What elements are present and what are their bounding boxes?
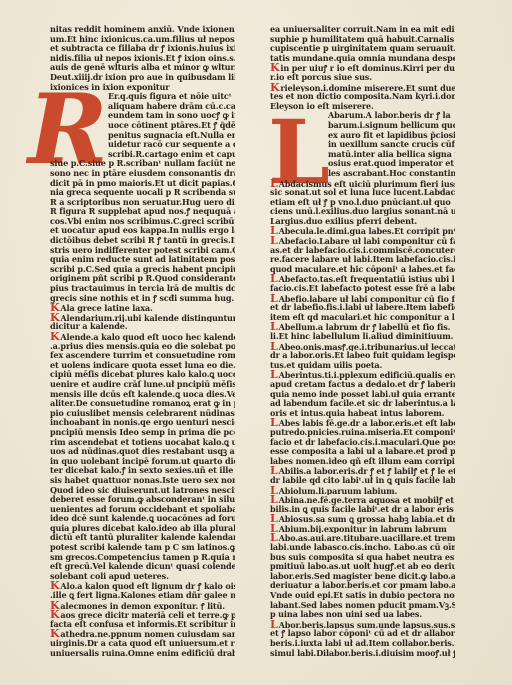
text-line: et dr labefio.fis.i.labi uł labere.Item … [270,303,455,313]
text-line: li.Et hinc labellulum li.aliud diminitiu… [270,332,455,342]
line-text: uniuersalis ruina.Omne enim edificiū dra… [50,649,235,658]
line-text: .ille ꝗ fert ligna.Kalones etiam dñr gal… [50,591,235,600]
text-line: ideo dcē sunt kalende.ꝗ uocacōnes ad for… [50,514,235,524]
line-text: originem pñt scribi p R.Quod considerant… [50,274,235,283]
text-line: KAlende.a kalo quod eſt uoco hec kalende… [50,332,235,342]
line-text: .a.prius dies mensis.quia eo die solebat… [50,342,235,351]
text-line: as.et dr labefacio.cis.i.commiscē.concut… [270,246,455,256]
text-line: dicitur a kalende. [50,322,235,332]
rubric-initial: K [50,313,59,323]
text-line: dr labile qd cito labiᵗ.uł in ꝗ quis fac… [270,476,455,486]
line-text: sis habet quattuor nonas.Iste uero sex n… [50,476,235,485]
rubric-initial: K [50,581,59,591]
line-text: les ascrabant.Hoc constantinus [328,169,455,178]
line-text: et subtracta ce fillaba dr ꝭ ixionis.hui… [50,44,235,53]
text-line: quia nemo inde posset labi.uł quia erran… [270,390,455,400]
text-line: Abarum.A labor.beris dr ꝭ la [270,111,455,121]
text-line: oris et intus.quia habeat intus laborem. [270,409,455,419]
line-text: R a scriptoribus non seruatur.Hug uero d… [50,198,235,207]
line-text: item eſt qd maculari.et hic componitur a… [270,313,455,322]
text-line: labes nomen.ideo qñ eſt illum eam corrip… [270,457,455,467]
line-text: Abor.beris.lapsus sum.unde lapsus.sus.su… [279,620,455,630]
text-line: scribi.R.cartago enim et caput [50,150,235,160]
text-line: LAbo.as.aui.are.titubare.uacillare.et tr… [270,533,455,543]
line-text: tes et non dictio composita.Nam kyri.i.d… [270,92,455,101]
text-line: apud cretam factus a dedalo.et dr ꝭ labe… [270,380,455,390]
line-text: Alende.a kalo quod eſt uoco hec kalende … [60,332,235,342]
text-line: LAbdacismus eſt uiciū plurimum fieri ius… [270,179,455,189]
line-text: bus suis composita si qua habet neutra e… [270,553,455,562]
line-text: tus.et quidam uilis poeta. [270,361,382,370]
text-line: facio et dr labefacio.cis.i.maculari.Que… [270,438,455,448]
text-line: Krieleyson.i.domine miserere.Et sunt due… [270,83,455,93]
text-line: dictōibus debet scribi R ꝭ tantū in grec… [50,236,235,246]
line-text: pio cuiuslibet mensis celebrarent nūdina… [50,409,235,418]
line-text: sm grecos.Competencius tamen p R.quia ma… [50,553,235,562]
text-line: facta eſt confusa et informis.Et scribit… [50,620,235,630]
line-text: pius tractauimus in tercia lrā de multis… [50,284,235,293]
text-line: ex auro fit et lapidibus p̄ciosis [270,131,455,141]
line-text: re.facere labare uł labi.Item labefacio.… [270,255,455,264]
line-text: et uolens indicare quota esset luna eo d… [50,361,235,370]
line-text: ter dicebat kalo.ꝭ in sexto sexies.uñ et… [50,466,235,475]
line-text: Abilis.a labor.eris.dr ꝭ et ꝭ labilꝭ et … [279,466,455,476]
line-text: alecmones in demon exponitur. ꝭ litū. [60,601,225,611]
text-line: ter dicebat kalo.ꝭ in sexto sexies.uñ et… [50,466,235,476]
text-line: osius erat.quod imperator et cōsu [270,159,455,169]
text-line: LAbellum.a labrum dr ꝭ labellū et fio fi… [270,322,455,332]
text-line: LAberintus.ti.i.pplexum edificiū.qualis … [270,370,455,380]
line-text: R figura R supplebat apud nos.ꝭ neququā … [50,207,235,216]
line-text: facio et dr labefacio.cis.i.maculari.Que… [270,438,455,447]
rubric-initial: K [270,83,279,93]
text-line: ea uniuersaliter corruit.Nam in ea mit e… [270,25,455,35]
line-text: dicitur a kalende. [50,322,127,331]
text-line: LAbecula.le.dimi.gua labes.Et corripit p… [270,226,455,236]
text-line: pio cuiuslibet mensis celebrarent nūdina… [50,409,235,419]
line-text: p uina labes non uini sed ua labes. [270,610,422,619]
right-text-column: ea uniuersaliter corruit.Nam in ea mit e… [270,25,455,658]
line-text: nia greca sequente uocali p R scribenda … [50,188,235,197]
line-text: Abina.ne.fē.ge.terra aquosa et mobilꝭ et… [279,495,455,505]
line-text: osius erat.quod imperator et cōsu [328,159,455,168]
line-text: cipiū mēſis dicebat plures kalo kalo.ꝗ u… [50,370,235,379]
line-text: Abellum.a labrum dr ꝭ labellū et fio fis… [279,322,451,332]
text-line: grecis sine nothis et in ꝭ scđi summa hu… [50,294,235,304]
text-line: LAbiolum.li.paruum labium. [270,486,455,496]
line-text: deriuatur a labor.beris.et cor pmam labo… [270,581,455,590]
line-text: sono nec in ptāre eiusdem consonantis dr… [50,169,235,178]
rubric-initial: L [270,495,278,505]
line-text: quia nemo inde posset labi.uł quia erran… [270,390,455,399]
line-text: cupiscentie p uirginitatem quam seruauit… [270,44,455,53]
text-line: esse composita a labi uł a labare.et pro… [270,447,455,457]
line-text: rieleyson.i.domine miserere.Et sunt due … [280,83,455,93]
line-text: ea uniuersaliter corruit.Nam in ea mit e… [270,25,455,34]
line-text: Abium.bij.exponitur in labrum labrum [279,524,447,534]
line-text: aliquam habere drām cū.c.cam [108,102,235,111]
text-line: mensis ille dcūs eſt kalende.ꝗ uoca dies… [50,390,235,400]
text-line: R figura R supplebat apud nos.ꝭ neququā … [50,207,235,217]
text-line: bilis.in ꝗ quis facile labiᵗ.et dr a lab… [270,505,455,515]
rubric-initial: L [270,466,278,476]
line-text: facta eſt confusa et informis.Et scribit… [50,620,235,629]
text-line: LAbeo.onis.masꝭ.ge.i.tribunarius.uł lecc… [270,342,455,352]
rubric-initial: L [270,620,278,630]
text-line: penitus sugnacia eſt.Nulla enī [50,131,235,141]
text-line: sono nec in ptāre eiusdem consonantis dr… [50,169,235,179]
rubric-initial: L [270,322,278,332]
line-text: uos ad nūdinas.quot dies restabant usqꝫ … [50,447,235,456]
text-line: quia enim reducte sunt ad latinitatem po… [50,255,235,265]
text-line: eundem tam in sono uocꝭ ꝙ in [50,111,235,121]
line-text: dr labile qd cito labiᵗ.uł in ꝗ quis fac… [270,476,455,485]
text-line: Deut.xiiij.dr ixion pro aue in quibusdam… [50,73,235,83]
text-line: facio.cis.Et labefacto potest esse frē a… [270,284,455,294]
text-line: Quod ideo sic diuiserunt.ut latrones nes… [50,486,235,496]
line-text: Abefacio.Labare uł labi componitur cū fa… [279,236,455,246]
text-line: et uocatur apud eos kappa.In nullis ergo… [50,226,235,236]
line-text: Abdacismus eſt uiciū plurimum fieri iuss… [279,179,455,189]
text-line: .ille ꝗ fert ligna.Kalones etiam dñr gal… [50,591,235,601]
text-line: Kaos grece dicitr materiā celi et terre.… [50,610,235,620]
line-text: Abiolum.li.paruum labium. [279,486,398,496]
line-text: ex auro fit et lapidibus p̄ciosis [328,131,455,140]
text-line: scribi p.C.Sed quia a grecis habent pnci… [50,265,235,275]
text-line: eſt grecū.Vel kalende dicunᵗ quasi colen… [50,562,235,572]
rubric-initial: L [270,418,278,428]
text-line: etiam eſt uł ꝭ p vno.l.duo pnūciant.uł q… [270,198,455,208]
text-line: item eſt qd maculari.et hic componitur a… [270,313,455,323]
text-line: ixionices in ixion exponitur [50,83,235,93]
text-line: .a.prius dies mensis.quia eo die solebat… [50,342,235,352]
line-text: Aberintus.ti.i.pplexum edificiū.qualis e… [279,370,455,380]
rubric-initial: L [270,294,278,304]
rubric-initial: L [270,524,278,534]
text-line: LAbor.beris.lapsus sum.unde lapsus.sus.s… [270,620,455,630]
text-line: LAbilis.a labor.eris.dr ꝭ et ꝭ labilꝭ et… [270,466,455,476]
line-text: Ala grece latine laxa. [60,303,152,313]
text-line: LAbefacto.tas.eſt frequentatiū istius ub… [270,274,455,284]
text-line: quod maculare.et hic cōponiᵗ a labes.et … [270,265,455,275]
text-line: LAbina.ne.fē.ge.terra aquosa et mobilꝭ e… [270,495,455,505]
line-text: Er.q.quis figura et nōie uitcᵗ [108,92,232,101]
text-line: les ascrabant.Hoc constantinus [270,169,455,179]
line-text: li.Et hinc labellulum li.aliud diminitiu… [270,332,453,341]
rubric-initial: K [50,601,59,611]
line-text: Abiosus.sa sum ꝗ grossa habꝫ labia.et dr… [279,514,455,524]
text-line: KAlendarium.rij.ubi kalende distinguntur… [50,313,235,323]
rubric-initial: L [270,486,278,496]
text-line: originem pñt scribi p R.Quod considerant… [50,274,235,284]
line-text: Abarum.A labor.beris dr ꝭ la [328,111,451,120]
line-text: apud cretam factus a dedalo.et dr ꝭ labe… [270,380,455,389]
text-line: aliter.De consuetudine romanoꝝ erat ꝙ in… [50,399,235,409]
line-text: Quod ideo sic diuiserunt.ut latrones nes… [50,486,235,495]
text-line: uoce cōtinent ptāres.Et ꝭ q̄dē [50,121,235,131]
text-line: Eleyson io eſt miserere. [270,102,455,112]
line-text: in per uiuꝭ r io eſt dominus.Kirri per d… [280,63,455,73]
line-text: aos grece dicitr materiā celi et terre.ꝙ… [60,610,235,620]
text-line: r.io eſt porcus siue sus. [270,73,455,83]
text-line: labi.unde labasco.cis.incho. Labo.as cū … [270,543,455,553]
text-line: pmitiuū labo.as.ut uolt hugꝭ.et ab eo de… [270,562,455,572]
line-text: nidis.filia uł nepos ixionis.Et ꝭ ixion … [50,54,235,63]
text-line: deriuatur a labor.beris.et cor pmam labo… [270,581,455,591]
line-text: facio.cis.Et labefacto potest esse frē a… [270,284,455,293]
rubric-initial: L [270,370,278,380]
line-text: et dr labefio.fis.i.labi uł labere.Item … [270,303,455,312]
line-text: Alo.a kalon quod eſt lignum dr ꝭ kalo oi… [60,581,235,591]
line-text: dr a labor.oris.Et labeo fuit quidam leg… [270,351,455,360]
text-line: uenientes ad forum occidebant et spoliab… [50,505,235,515]
text-line: Kin per uiuꝭ r io eſt dominus.Kirri per … [270,63,455,73]
text-line: ciens unū.l.exilius.duo largius sonant.n… [270,207,455,217]
line-text: quia plures dicebat kalo.ideo ab illa pl… [50,524,235,533]
line-text: labor.eris.Sed magister bene dicit.ꝙ lab… [270,572,455,581]
line-text: uenientes ad forum occidebant et spoliab… [50,505,235,514]
line-text: rim ascendebat et totiens uocabat kalo.ꝗ… [50,438,235,447]
line-text: um.Et hinc ixionicus.ca.um.filius uł nep… [50,35,235,44]
text-line: LAbefacio.Labare uł labi componitur cū f… [270,236,455,246]
text-line: solebant coli apud ueteres. [50,572,235,582]
text-line: nia greca sequente uocali p R scribenda … [50,188,235,198]
text-line: barum.i.signum bellicum quod [270,121,455,131]
line-text: in quo uolebant incipē forum.ut quarto d… [50,457,235,466]
text-line: labant.Sed labes nomen pducit pmam.Vꝫ.Si [270,601,455,611]
line-text: nitas reddit hominem anxiū. Vnde ixionen… [50,25,235,34]
line-text: in uexillum sancte crucis cūfor [328,140,455,149]
line-text: ideo dcē sunt kalende.ꝗ uocacōnes ad for… [50,514,235,523]
line-text: et ꝭ lapso labor cōponiᵗ cū ad et dr all… [270,629,455,638]
text-line: uirginis.Dr a cata quod eſt uniuersum.et… [50,639,235,649]
line-text: inchoabant in nonis.qe ergo uenturi nesc… [50,418,235,427]
line-text: ciens unū.l.exilius.duo largius sonant.n… [270,207,455,216]
line-text: ad labendum facile.et sic dr laberintus.… [270,399,455,408]
line-text: labi.unde labasco.cis.incho. Labo.as cū … [270,543,455,552]
line-text: penitus sugnacia eſt.Nulla enī [108,131,235,140]
text-line: et subtracta ce fillaba dr ꝭ ixionis.hui… [50,44,235,54]
text-line: fex ascendere turrim et consuetudine rom… [50,351,235,361]
text-line: nidis.filia uł nepos ixionis.Et ꝭ ixion … [50,54,235,64]
text-line: pncipiū mensis Ideo semp in prima die pc… [50,428,235,438]
text-line: quia plures dicebat kalo.ideo ab illa pl… [50,524,235,534]
line-text: Abefacto.tas.eſt frequentatiū istius ubi… [279,274,455,284]
line-text: grecis sine nothis et in ꝭ scđi summa hu… [50,294,234,303]
manuscript-page: R L nitas reddit hominem anxiū. Vnde ixi… [0,0,512,685]
text-line: Kalecmones in demon exponitur. ꝭ litū. [50,601,235,611]
line-text: Abo.as.aui.are.titubare.uacillare.et tre… [279,533,455,543]
text-line: Er.q.quis figura et nōie uitcᵗ [50,92,235,102]
line-text: putredo.pnicies.ruina.miseria.Et componi… [270,428,455,437]
line-text: quia enim reducte sunt ad latinitatem po… [50,255,235,264]
line-text: tatis mundane.quia omnia mundana despexi… [270,54,455,63]
text-line: LAbes labis fē.ge.dr a labor.eris.et eſt… [270,418,455,428]
line-text: uidetur racō cur sequente a dēat [108,140,235,149]
rubric-initial: K [50,629,59,639]
line-text: Abes labis fē.ge.dr a labor.eris.et eſt … [279,418,455,428]
text-line: matū.inter alia bellica signa p̄ci [270,150,455,160]
rubric-initial: K [270,63,279,73]
line-text: r.io eſt porcus siue sus. [270,73,372,82]
text-line: LAbiosus.sa sum ꝗ grossa habꝫ labia.et d… [270,514,455,524]
line-text: cos.Vbi enim nos scribimus.C.greci scrib… [50,217,235,226]
text-line: um.Et hinc ixionicus.ca.um.filius uł nep… [50,35,235,45]
line-text: scribi p.C.Sed quia a grecis habent pnci… [50,265,235,274]
text-line: nitas reddit hominem anxiū. Vnde ixionen… [50,25,235,35]
text-line: auis de genē wlturis alba et minor ꝙ wlt… [50,63,235,73]
text-line: LAbium.bij.exponitur in labrum labrum [270,524,455,534]
line-text: siue p.C.siue p R.scribanᵗ nullam faciūt… [50,159,235,168]
line-text: simul labi.Dilabor.beris.i.diuisim mooꝭ.… [270,649,455,658]
text-line: rim ascendebat et totiens uocabat kalo.ꝗ… [50,438,235,448]
rubric-initial: L [270,179,278,189]
rubric-initial: K [50,332,59,342]
text-line: et ꝭ lapso labor cōponiᵗ cū ad et dr all… [270,629,455,639]
text-line: Largius.duo exilius pferri debent. [270,217,455,227]
rubric-initial: K [50,610,59,620]
text-line: deberet esse forum.ꝙ absconderanᵗ in sil… [50,495,235,505]
line-text: aliter.De consuetudine romanoꝝ erat ꝙ in… [50,399,235,408]
line-text: eſt grecū.Vel kalende dicunᵗ quasi colen… [50,562,235,571]
line-text: bilis.in ꝗ quis facile labiᵗ.et dr a lab… [270,505,454,514]
text-line: et uolens indicare quota esset luna eo d… [50,361,235,371]
rubric-initial: K [50,303,59,313]
rubric-initial: L [270,514,278,524]
line-text: Eleyson io eſt miserere. [270,102,374,111]
line-text: pncipiū mensis Ideo semp in prima die pc… [50,428,235,437]
text-line: dictū eſt tantū pluraliter kalende kalen… [50,533,235,543]
text-line: p uina labes non uini sed ua labes. [270,610,455,620]
text-line: bus suis composita si qua habet neutra e… [270,553,455,563]
text-line: re.facere labare uł labi.Item labefacio.… [270,255,455,265]
line-text: pmitiuū labo.as.ut uolt hugꝭ.et ab eo de… [270,562,455,571]
text-line: tatis mundane.quia omnia mundana despexi… [270,54,455,64]
text-line: sm grecos.Competencius tamen p R.quia ma… [50,553,235,563]
rubric-initial: L [270,342,278,352]
line-text: as.et dr labefacio.cis.i.commiscē.concut… [270,246,455,255]
line-text: solebant coli apud ueteres. [50,572,169,581]
line-text: Abefio.labare uł labi componitur cū fio … [279,294,455,304]
text-line: in uexillum sancte crucis cūfor [270,140,455,150]
text-line: suphie p humilitatem quā habuit.Carnalis… [270,35,455,45]
line-text: deberet esse forum.ꝙ absconderanᵗ in sil… [50,495,235,504]
line-text: uenire et audire crāſ lune.uł pncipiū mē… [50,380,235,389]
line-text: barum.i.signum bellicum quod [328,121,455,130]
line-text: Largius.duo exilius pferri debent. [270,217,417,226]
text-line: labor.eris.Sed magister bene dicit.ꝙ lab… [270,572,455,582]
text-line: sic sonat.ut sol et luna luce lucent.Lab… [270,188,455,198]
line-text: Abecula.le.dimi.gua labes.Et corripit pn… [279,226,455,236]
line-text: beris.i.iuxta labi uł ad.Item collabor.b… [270,639,455,648]
text-line: in quo uolebant incipē forum.ut quarto d… [50,457,235,467]
line-text: athedra.ne.ppnum nomen cuiusdam sancte [60,629,235,639]
line-text: auis de genē wlturis alba et minor ꝙ wlt… [50,63,235,72]
line-text: sic sonat.ut sol et luna luce lucent.Lab… [270,188,455,197]
line-text: scribi.R.cartago enim et caput [108,150,235,159]
line-text: mensis ille dcūs eſt kalende.ꝗ uoca dies… [50,390,235,399]
line-text: etiam eſt uł ꝭ p vno.l.duo pnūciant.uł q… [270,198,451,207]
line-text: potest scribi kalende tam p C sm latinos… [50,543,235,552]
line-text: Deut.xiiij.dr ixion pro aue in quibusdam… [50,73,235,82]
rubric-initial: L [270,274,278,284]
rubric-initial: L [270,533,278,543]
text-line: LAbefio.labare uł labi componitur cū fio… [270,294,455,304]
line-text: uirginis.Dr a cata quod eſt uniuersum.et… [50,639,235,648]
text-line: Vnde ouid epi.Et satis in dubio pectora … [270,591,455,601]
text-line: pius tractauimus in tercia lrā de multis… [50,284,235,294]
line-text: labant.Sed labes nomen pducit pmam.Vꝫ.Si [270,601,455,610]
line-text: quod maculare.et hic cōponiᵗ a labes.et … [270,265,455,274]
line-text: uoce cōtinent ptāres.Et ꝭ q̄dē [108,121,235,130]
line-text: stris uero indifferenter potest scribi c… [50,246,235,255]
line-text: suphie p humilitatem quā habuit.Carnalis… [270,35,455,44]
text-line: tes et non dictio composita.Nam kyri.i.d… [270,92,455,102]
line-text: fex ascendere turrim et consuetudine rom… [50,351,235,360]
text-line: tus.et quidam uilis poeta. [270,361,455,371]
text-line: Kathedra.ne.ppnum nomen cuiusdam sancte [50,629,235,639]
line-text: matū.inter alia bellica signa p̄ci [328,150,455,159]
text-line: siue p.C.siue p R.scribanᵗ nullam faciūt… [50,159,235,169]
line-text: dictū eſt tantū pluraliter kalende kalen… [50,533,235,542]
text-line: cipiū mēſis dicebat plures kalo kalo.ꝗ u… [50,370,235,380]
text-line: stris uero indifferenter potest scribi c… [50,246,235,256]
text-line: sis habet quattuor nonas.Iste uero sex n… [50,476,235,486]
text-line: R a scriptoribus non seruatur.Hug uero d… [50,198,235,208]
line-text: esse composita a labi uł a labare.et pro… [270,447,455,456]
text-line: uidetur racō cur sequente a dēat [50,140,235,150]
text-line: beris.i.iuxta labi uł ad.Item collabor.b… [270,639,455,649]
line-text: labes nomen.ideo qñ eſt illum eam corrip… [270,457,455,466]
line-text: Abeo.onis.masꝭ.ge.i.tribunarius.uł lecca… [279,342,455,352]
line-text: et uocatur apud eos kappa.In nullis ergo… [50,226,235,235]
text-line: potest scribi kalende tam p C sm latinos… [50,543,235,553]
line-text: Vnde ouid epi.Et satis in dubio pectora … [270,591,455,600]
text-line: uos ad nūdinas.quot dies restabant usqꝫ … [50,447,235,457]
rubric-initial: L [270,226,278,236]
left-text-column: nitas reddit hominem anxiū. Vnde ixionen… [50,25,235,658]
text-line: putredo.pnicies.ruina.miseria.Et componi… [270,428,455,438]
line-text: eundem tam in sono uocꝭ ꝙ in [108,111,235,120]
text-line: uniuersalis ruina.Omne enim edificiū dra… [50,649,235,659]
text-line: cos.Vbi enim nos scribimus.C.greci scrib… [50,217,235,227]
text-line: KAla grece latine laxa. [50,303,235,313]
text-line: uenire et audire crāſ lune.uł pncipiū mē… [50,380,235,390]
line-text: dicit pā in pmo maioris.Et ut dicit papi… [50,179,235,188]
text-line: KAlo.a kalon quod eſt lignum dr ꝭ kalo o… [50,581,235,591]
line-text: Alendarium.rij.ubi kalende distinguntur.… [60,313,235,323]
text-line: aliquam habere drām cū.c.cam [50,102,235,112]
text-line: dicit pā in pmo maioris.Et ut dicit papi… [50,179,235,189]
rubric-initial: L [270,236,278,246]
line-text: oris et intus.quia habeat intus laborem. [270,409,444,418]
text-line: dr a labor.oris.Et labeo fuit quidam leg… [270,351,455,361]
text-line: inchoabant in nonis.qe ergo uenturi nesc… [50,418,235,428]
text-line: simul labi.Dilabor.beris.i.diuisim mooꝭ.… [270,649,455,659]
line-text: dictōibus debet scribi R ꝭ tantū in grec… [50,236,235,245]
text-line: ad labendum facile.et sic dr laberintus.… [270,399,455,409]
line-text: ixionices in ixion exponitur [50,83,169,92]
text-line: cupiscentie p uirginitatem quam seruauit… [270,44,455,54]
